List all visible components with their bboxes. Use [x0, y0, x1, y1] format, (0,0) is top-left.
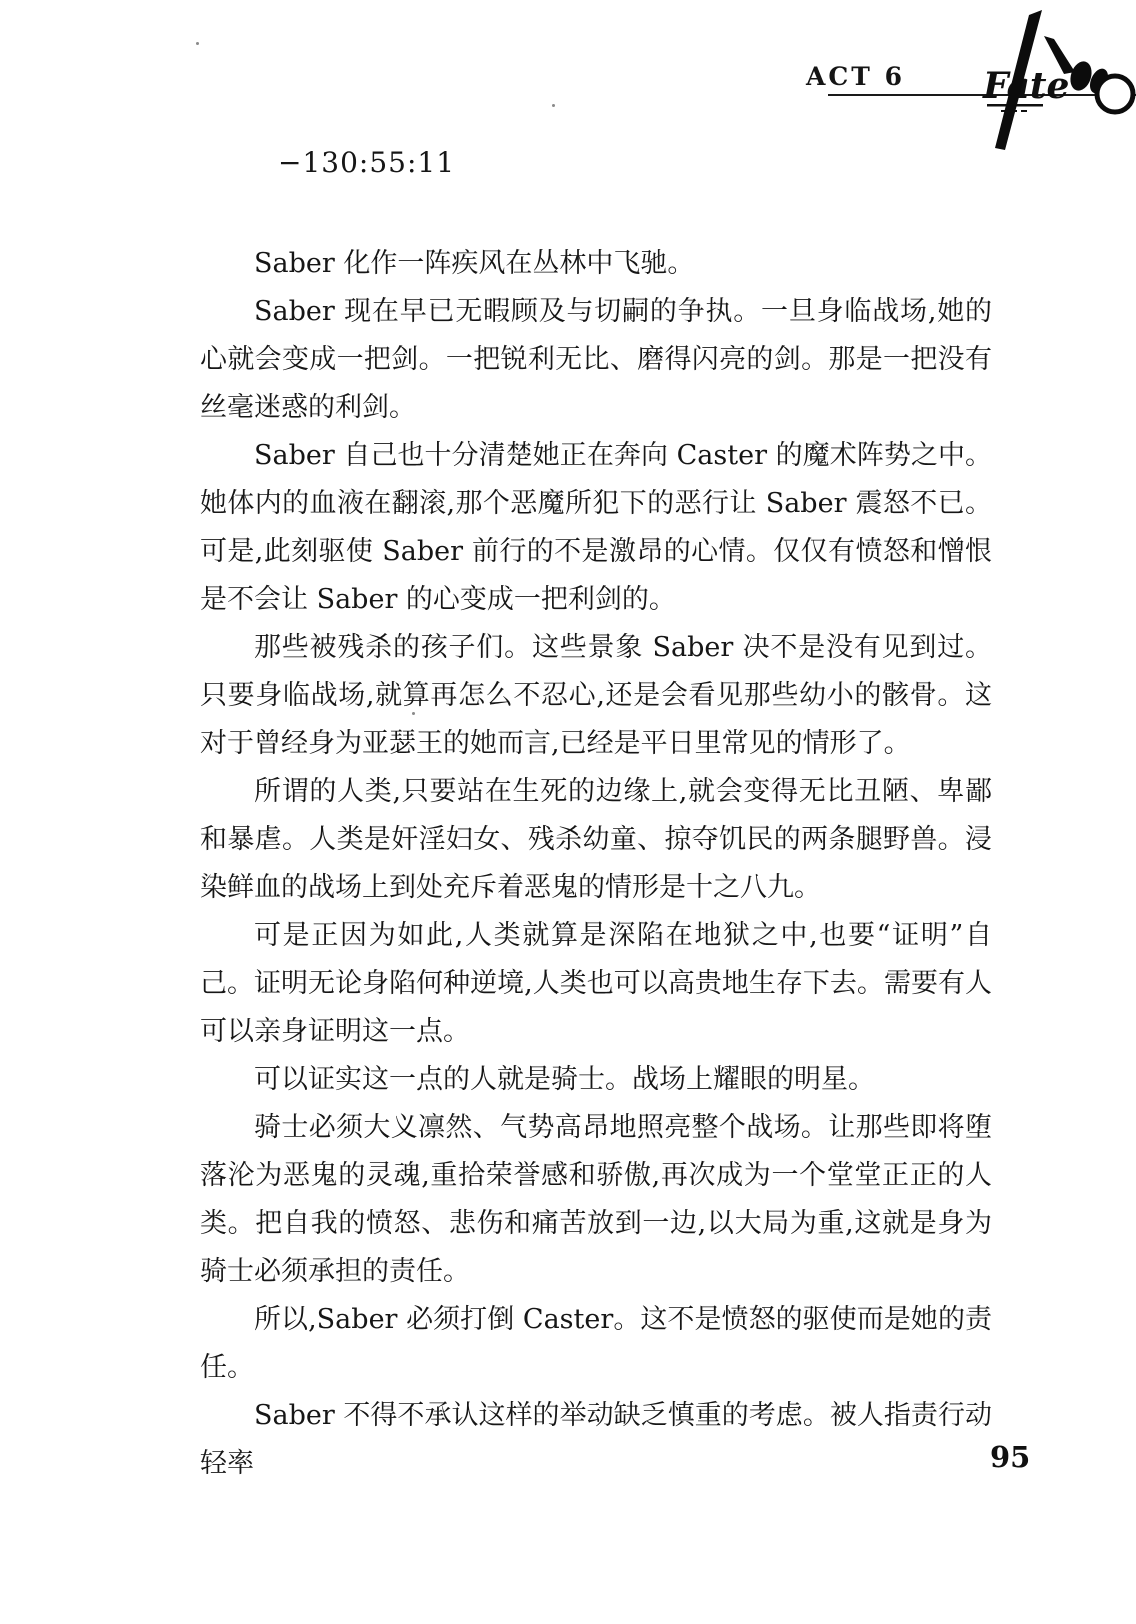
paragraph: 所谓的人类,只要站在生死的边缘上,就会变得无比丑陋、卑鄙和暴虐。人类是奸淫妇女、… [200, 768, 992, 912]
paragraph: 骑士必须大义凛然、气势高昂地照亮整个战场。让那些即将堕落沦为恶鬼的灵魂,重拾荣誉… [200, 1104, 992, 1296]
paragraph: 那些被残杀的孩子们。这些景象 Saber 决不是没有见到过。只要身临战场,就算再… [200, 624, 992, 768]
scan-speck [412, 712, 415, 715]
book-page: ACT 6 Fate −130:55:11 Saber 化作一阵疾风在丛林中飞驰… [0, 0, 1136, 1624]
page-number: 95 [990, 1440, 1030, 1474]
paragraph: Saber 化作一阵疾风在丛林中飞驰。 [200, 240, 992, 288]
paragraph: 可是正因为如此,人类就算是深陷在地狱之中,也要“证明”自己。证明无论身陷何种逆境… [200, 912, 992, 1056]
paragraph: 所以,Saber 必须打倒 Caster。这不是愤怒的驱使而是她的责任。 [200, 1296, 992, 1392]
chapter-header: ACT 6 [806, 62, 905, 91]
scan-speck [196, 42, 199, 45]
fate-zero-logo: Fate [945, 10, 1136, 170]
body-text: Saber 化作一阵疾风在丛林中飞驰。 Saber 现在早已无暇顾及与切嗣的争执… [200, 240, 992, 1488]
paragraph: Saber 不得不承认这样的举动缺乏慎重的考虑。被人指责行动轻率 [200, 1392, 992, 1488]
logo-zero-glyph: Fate [945, 10, 1136, 170]
countdown-timestamp: −130:55:11 [278, 146, 455, 179]
paragraph: Saber 现在早已无暇顾及与切嗣的争执。一旦身临战场,她的心就会变成一把剑。一… [200, 288, 992, 432]
scan-speck [552, 104, 555, 107]
paragraph: 可以证实这一点的人就是骑士。战场上耀眼的明星。 [200, 1056, 992, 1104]
paragraph: Saber 自己也十分清楚她正在奔向 Caster 的魔术阵势之中。她体内的血液… [200, 432, 992, 624]
